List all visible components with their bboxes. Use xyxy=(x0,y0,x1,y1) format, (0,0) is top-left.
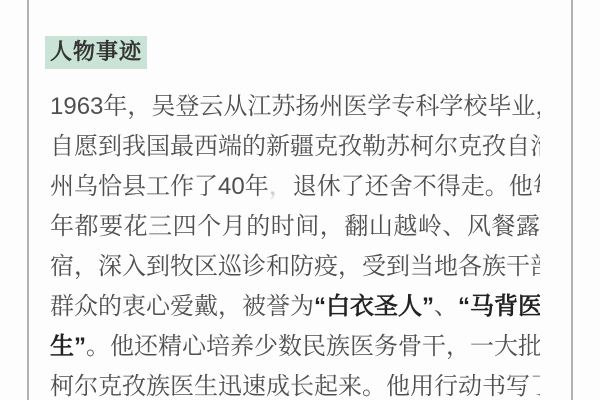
body-text: 宿，深入到牧区巡诊和防疫，受到当地各族干部 xyxy=(50,253,540,280)
body-text: 1963年，吴登云从江苏扬州医学专科学校毕业， xyxy=(50,93,540,120)
right-border-line xyxy=(571,0,573,400)
body-text: 。他还精心培养少数民族医务骨干，一大批 xyxy=(86,333,540,360)
body-text: 群众的衷心爱戴，被誉为 xyxy=(50,293,314,320)
body-text: 、 xyxy=(434,293,458,320)
body-text: 州乌恰县工作了40年 xyxy=(50,173,269,200)
section-title-highlight: 人物事迹 xyxy=(45,36,147,69)
blurred-comma-artifact: ， xyxy=(269,173,293,200)
article-body: 1963年，吴登云从江苏扬州医学专科学校毕业，自愿到我国最西端的新疆克孜勒苏柯尔… xyxy=(50,87,540,400)
body-text: 退休了还舍不得走。他每 xyxy=(293,173,540,200)
section-title: 人物事迹 xyxy=(45,36,147,69)
text-line: 州乌恰县工作了40年，退休了还舍不得走。他每 xyxy=(50,167,540,207)
left-border-line xyxy=(27,0,29,400)
text-line: 自愿到我国最西端的新疆克孜勒苏柯尔克孜自治 xyxy=(50,127,540,167)
text-line: 群众的衷心爱戴，被誉为“白衣圣人”、“马背医 xyxy=(50,287,540,327)
text-line: 柯尔克孜族医生迅速成长起来。他用行动书写了 xyxy=(50,367,540,400)
text-line: 生”。他还精心培养少数民族医务骨干，一大批 xyxy=(50,327,540,367)
text-line: 宿，深入到牧区巡诊和防疫，受到当地各族干部 xyxy=(50,247,540,287)
bold-text: “白衣圣人” xyxy=(314,293,434,320)
bold-text: 生” xyxy=(50,333,86,360)
body-text: 自愿到我国最西端的新疆克孜勒苏柯尔克孜自治 xyxy=(50,133,540,160)
text-line: 1963年，吴登云从江苏扬州医学专科学校毕业， xyxy=(50,87,540,127)
body-text: 柯尔克孜族医生迅速成长起来。他用行动书写了 xyxy=(50,373,540,400)
body-text: 年都要花三四个月的时间，翻山越岭、风餐露 xyxy=(50,213,540,240)
text-line: 年都要花三四个月的时间，翻山越岭、风餐露 xyxy=(50,207,540,247)
article-page: 人物事迹 1963年，吴登云从江苏扬州医学专科学校毕业，自愿到我国最西端的新疆克… xyxy=(0,0,600,400)
bold-text: “马背医 xyxy=(458,293,540,320)
